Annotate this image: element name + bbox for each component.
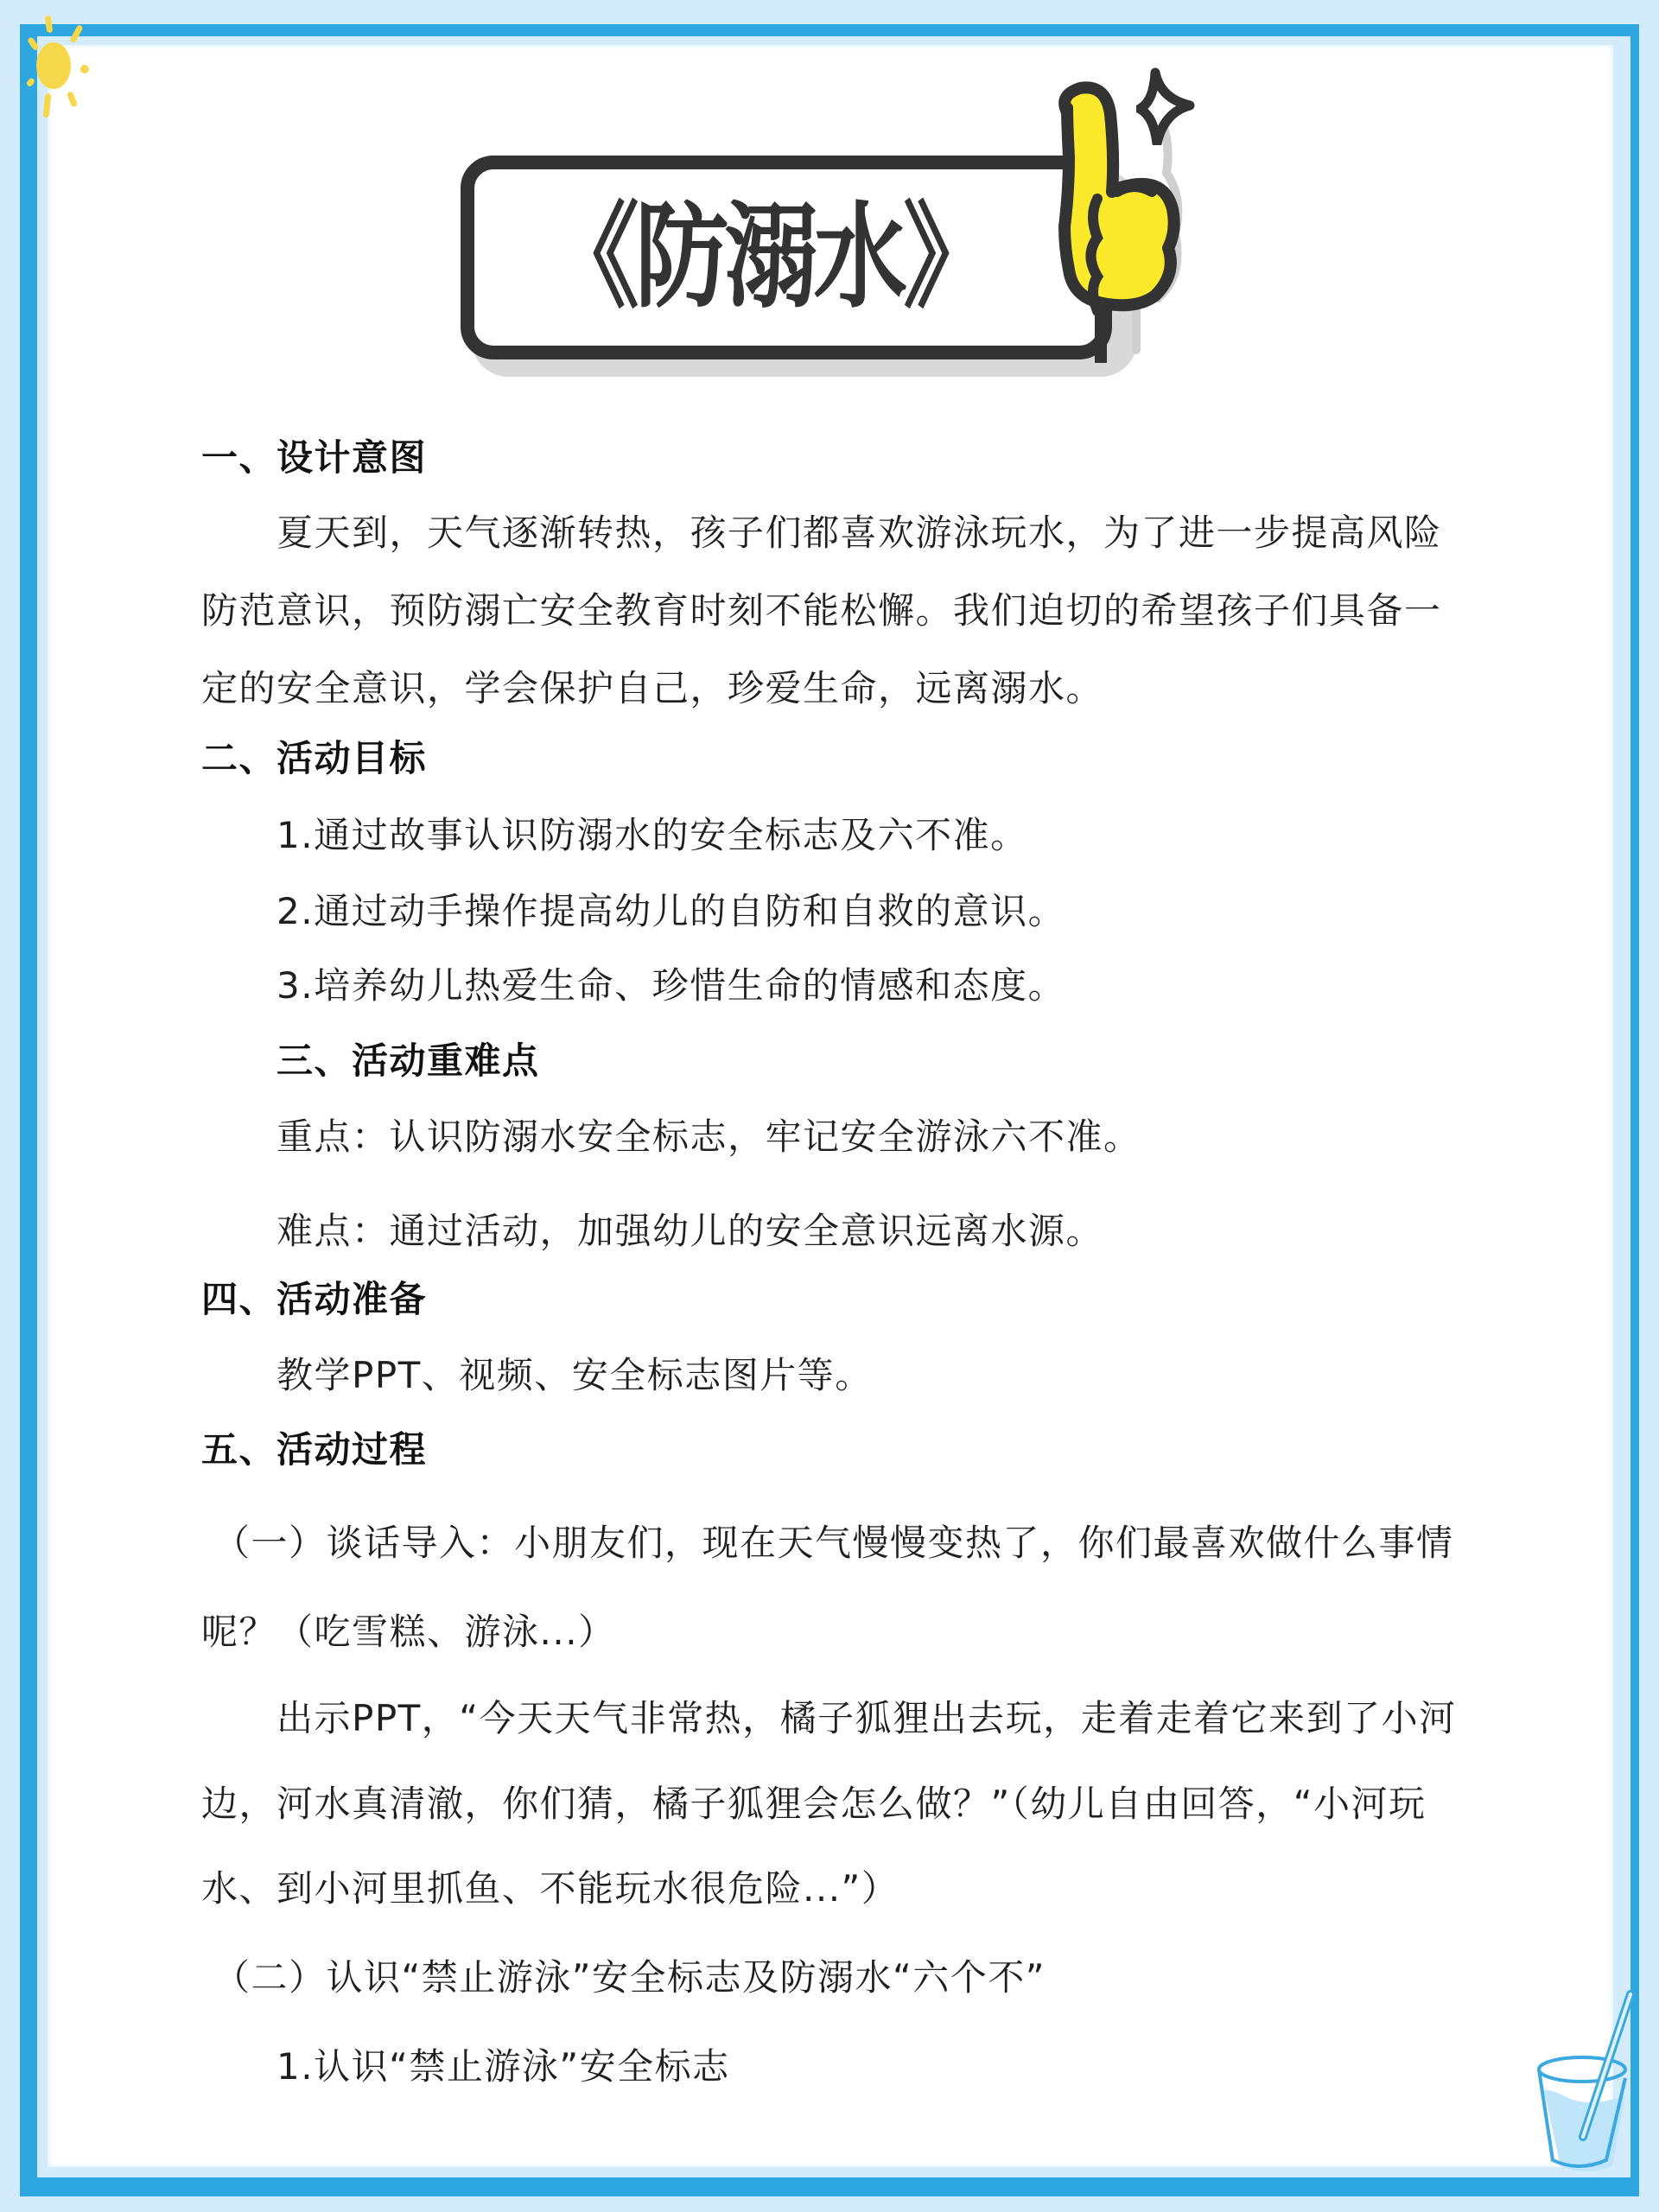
goal-item: 1.通过故事认识防溺水的安全标志及六不准。	[276, 811, 1028, 860]
process-part2-heading: （二）认识“禁止游泳”安全标志及防溺水“六个不”	[213, 1954, 1046, 2002]
preparation-text: 教学PPT、视频、安全标志图片等。	[276, 1351, 873, 1400]
document-body: 一、设计意图 夏天到，天气逐渐转热，孩子们都喜欢游泳玩水，为了进一步提高风险 防…	[0, 0, 1659, 2212]
process-part2-item: 1.认识“禁止游泳”安全标志	[276, 2043, 730, 2091]
process-intro-line: 呢？（吃雪糕、游泳...）	[201, 1608, 616, 1656]
paragraph-line: 夏天到，天气逐渐转热，孩子们都喜欢游泳玩水，为了进一步提高风险	[276, 509, 1442, 557]
paragraph-line: 防范意识，预防溺亡安全教育时刻不能松懈。我们迫切的希望孩子们具备一	[201, 587, 1442, 635]
paragraph-line: 定的安全意识，学会保护自己，珍爱生命，远离溺水。	[201, 664, 1103, 713]
process-intro-line: （一）谈话导入：小朋友们，现在天气慢慢变热了，你们最喜欢做什么事情	[213, 1519, 1454, 1567]
difficult-point: 难点：通过活动，加强幼儿的安全意识远离水源。	[276, 1207, 1103, 1255]
section-heading-process: 五、活动过程	[201, 1426, 427, 1474]
section-heading-key-points: 三、活动重难点	[276, 1037, 540, 1085]
process-ppt-line: 出示PPT，“今天天气非常热，橘子狐狸出去玩，走着走着它来到了小河	[276, 1694, 1457, 1743]
section-heading-goals: 二、活动目标	[201, 734, 427, 783]
goal-item: 2.通过动手操作提高幼儿的自防和自救的意识。	[276, 887, 1065, 936]
process-ppt-line: 水、到小河里抓鱼、不能玩水很危险...”）	[201, 1865, 899, 1913]
process-ppt-line: 边，河水真清澈，你们猜，橘子狐狸会怎么做？”（幼儿自由回答，“小河玩	[201, 1780, 1427, 1828]
goal-item: 3.培养幼儿热爱生命、珍惜生命的情感和态度。	[276, 962, 1065, 1010]
key-point: 重点：认识防溺水安全标志，牢记安全游泳六不准。	[276, 1113, 1141, 1161]
section-heading-preparation: 四、活动准备	[201, 1275, 427, 1324]
section-heading-design-intent: 一、设计意图	[201, 434, 427, 482]
